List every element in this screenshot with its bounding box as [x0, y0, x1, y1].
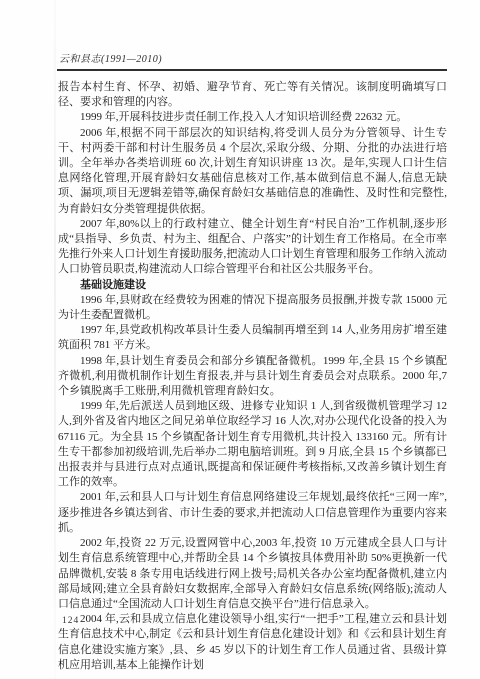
paragraph: 2007 年,80%以上的行政村建立、健全计划生育“村民自治”工作机制,逐步形成…: [58, 217, 447, 278]
paragraph: 2002 年,投资 22 万元,设置网管中心,2003 年,投资 10 万元建成…: [58, 536, 447, 612]
scan-edge-artifact: [54, 0, 56, 679]
paragraph: 2004 年,云和县成立信息化建设领导小组,实行“一把手”工程,建立云和县计划生…: [58, 612, 447, 673]
paragraph: 1999 年,先后派送人员到地区级、进修专业知识 1 人,到省级微机管理学习 1…: [58, 399, 447, 490]
paragraph: 1999 年,开展科技进步责任制工作,投入人才知识培训经费 22632 元。: [58, 110, 447, 125]
paragraph: 1996 年,县财政在经费较为困难的情况下提高服务员报酬,并拨专款 15000 …: [58, 293, 447, 323]
page-body-text: 报告本村生育、怀孕、初婚、避孕节育、死亡等有关情况。该制度明确填写口径、要求和管…: [58, 80, 447, 673]
paragraph: 报告本村生育、怀孕、初婚、避孕节育、死亡等有关情况。该制度明确填写口径、要求和管…: [58, 80, 447, 110]
paragraph: 1997 年,县党政机构改革县计生委人员编制再增至到 14 人,业务用房扩增至建…: [58, 323, 447, 353]
paragraph: 1998 年,县计划生育委员会和部分乡镇配备微机。1999 年,全县 15 个乡…: [58, 354, 447, 400]
running-head-title: 云和县志(1991—2010): [59, 50, 162, 65]
page-number: 124: [62, 616, 79, 626]
header-rule: [57, 69, 447, 71]
section-heading: 基础设施建设: [58, 278, 447, 293]
book-page: 云和县志(1991—2010) 报告本村生育、怀孕、初婚、避孕节育、死亡等有关情…: [0, 0, 480, 679]
paragraph: 2001 年,云和县人口与计划生育信息网络建设三年规划,最终依托“三网一库”,逐…: [58, 490, 447, 536]
paragraph: 2006 年,根据不同干部层次的知识结构,将受训人员分为分管领导、计生专干、村两…: [58, 126, 447, 217]
